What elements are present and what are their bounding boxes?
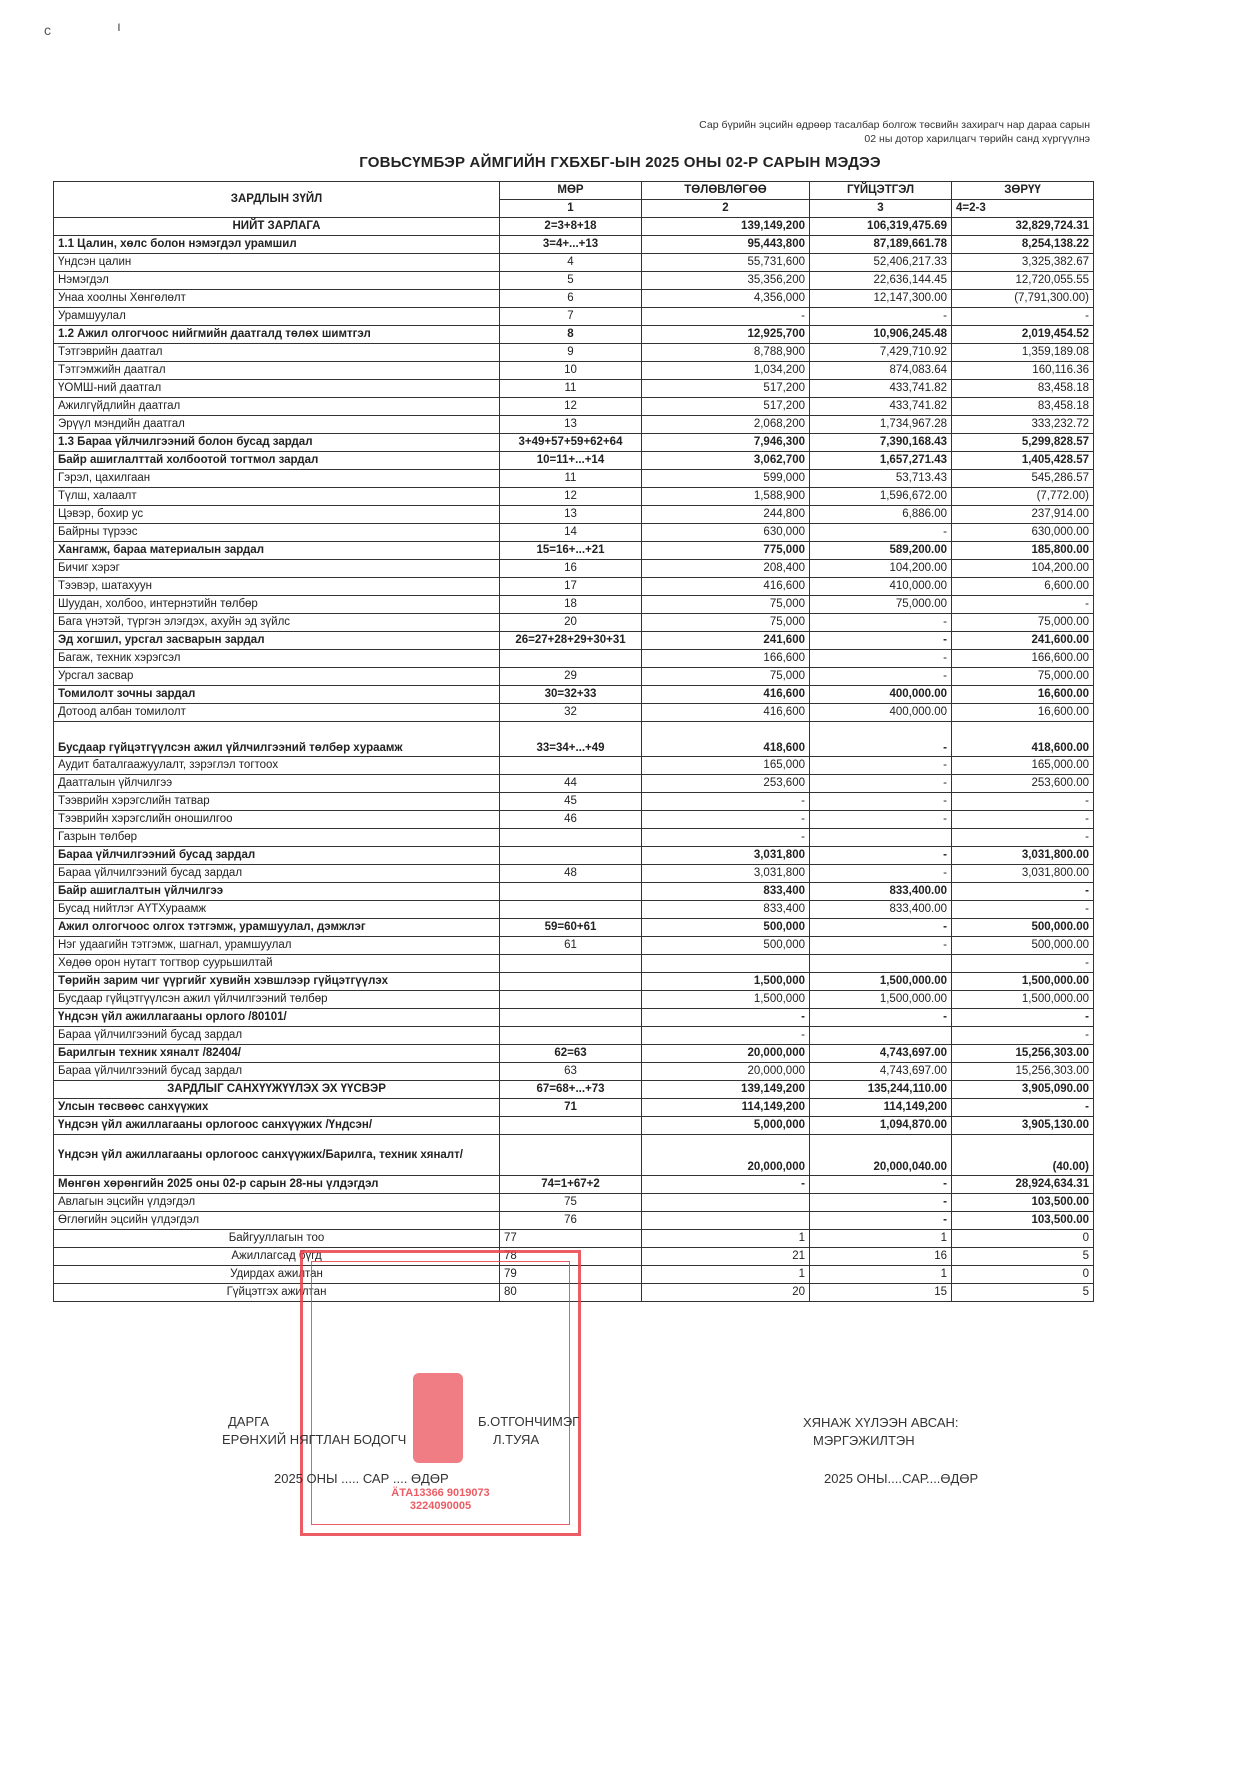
table-row: Эрүүл мэндийн даатгал132,068,2001,734,96… <box>54 416 1094 434</box>
row-plan <box>642 955 810 973</box>
row-code: 18 <box>500 596 642 614</box>
row-label: Урсгал засвар <box>54 668 500 686</box>
row-actual: 410,000.00 <box>810 578 952 596</box>
row-code <box>500 650 642 668</box>
signature-role-accountant: ЕРӨНХИЙ НЯГТЛАН БОДОГЧ <box>222 1431 406 1448</box>
row-code: 6 <box>500 290 642 308</box>
signature-name-accountant: Л.ТУЯА <box>493 1431 539 1448</box>
row-label: Тээвэр, шатахуун <box>54 578 500 596</box>
row-diff: 237,914.00 <box>952 506 1094 524</box>
table-row: Дотоод албан томилолт32416,600400,000.00… <box>54 704 1094 722</box>
row-label: Бусдаар гүйцэтгүүлсэн ажил үйлчилгээний … <box>54 991 500 1009</box>
table-row: Багаж, техник хэрэгсэл166,600-166,600.00 <box>54 650 1094 668</box>
table-row: Үндсэн үйл ажиллагааны орлого /80101/--- <box>54 1009 1094 1027</box>
table-row: Эд хогшил, урсгал засварын зардал26=27+2… <box>54 632 1094 650</box>
row-plan: 416,600 <box>642 686 810 704</box>
row-code: 9 <box>500 344 642 362</box>
subheader-plan: 2 <box>642 200 810 218</box>
row-label: Бараа үйлчилгээний бусад зардал <box>54 847 500 865</box>
row-diff: 500,000.00 <box>952 919 1094 937</box>
signature-name-director: Б.ОТГОНЧИМЭГ <box>478 1413 579 1430</box>
row-actual <box>810 955 952 973</box>
table-row: Хангамж, бараа материалын зардал15=16+..… <box>54 542 1094 560</box>
table-row: Тэтгэврийн даатгал98,788,9007,429,710.92… <box>54 344 1094 362</box>
row-diff: 104,200.00 <box>952 560 1094 578</box>
row-diff: 16,600.00 <box>952 704 1094 722</box>
row-plan: 775,000 <box>642 542 810 560</box>
row-label: Эд хогшил, урсгал засварын зардал <box>54 632 500 650</box>
row-plan: 165,000 <box>642 757 810 775</box>
row-diff: - <box>952 883 1094 901</box>
row-actual: - <box>810 919 952 937</box>
table-row: Байр ашиглалтын үйлчилгээ833,400833,400.… <box>54 883 1094 901</box>
row-code: 7 <box>500 308 642 326</box>
row-code: 44 <box>500 775 642 793</box>
table-row: Бусдаар гүйцэтгүүлсэн ажил үйлчилгээний … <box>54 991 1094 1009</box>
row-label: Даатгалын үйлчилгээ <box>54 775 500 793</box>
row-plan: - <box>642 1009 810 1027</box>
row-diff: 103,500.00 <box>952 1194 1094 1212</box>
row-code <box>500 829 642 847</box>
row-code: 13 <box>500 416 642 434</box>
row-diff: 1,500,000.00 <box>952 973 1094 991</box>
row-diff: 3,031,800.00 <box>952 847 1094 865</box>
submission-note-line1: Сар бүрийн эцсийн өдрөөр тасалбар болгож… <box>699 118 1090 132</box>
row-label: Цэвэр, бохир ус <box>54 506 500 524</box>
row-actual: 114,149,200 <box>810 1099 952 1117</box>
header-diff: ЗӨРҮҮ <box>952 182 1094 200</box>
table-row: Байр ашиглалттай холбоотой тогтмол зарда… <box>54 452 1094 470</box>
row-diff: 75,000.00 <box>952 614 1094 632</box>
row-code: 29 <box>500 668 642 686</box>
row-label: Томилолт зочны зардал <box>54 686 500 704</box>
row-actual: - <box>810 668 952 686</box>
row-label: Мөнгөн хөрөнгийн 2025 оны 02-р сарын 28-… <box>54 1176 500 1194</box>
row-code: 15=16+...+21 <box>500 542 642 560</box>
row-plan: 114,149,200 <box>642 1099 810 1117</box>
row-code: 77 <box>500 1230 642 1248</box>
row-actual: 1 <box>810 1230 952 1248</box>
expense-report-table: ЗАРДЛЫН ЗҮЙЛ МӨР ТӨЛӨВЛӨГӨӨ ГҮЙЦЭТГЭЛ ЗӨ… <box>53 181 1094 1302</box>
row-diff: 15,256,303.00 <box>952 1063 1094 1081</box>
table-row: Нэг удаагийн тэтгэмж, шагнал, урамшуулал… <box>54 937 1094 955</box>
table-row: Бага үнэтэй, түргэн элэгдэх, ахуйн эд зү… <box>54 614 1094 632</box>
row-plan: 1 <box>642 1266 810 1284</box>
row-plan: 20,000,000 <box>642 1135 810 1176</box>
row-plan: 244,800 <box>642 506 810 524</box>
row-label: Бусад нийтлэг АҮТХураамж <box>54 901 500 919</box>
row-diff: 253,600.00 <box>952 775 1094 793</box>
row-label: Тээврийн хэрэгслийн оношилгоо <box>54 811 500 829</box>
table-row: Бараа үйлчилгээний бусад зардал-- <box>54 1027 1094 1045</box>
row-label: Бичиг хэрэг <box>54 560 500 578</box>
row-diff: - <box>952 793 1094 811</box>
row-plan: 20,000,000 <box>642 1045 810 1063</box>
row-code: 63 <box>500 1063 642 1081</box>
row-actual: 400,000.00 <box>810 704 952 722</box>
row-plan: 500,000 <box>642 919 810 937</box>
row-code: 4 <box>500 254 642 272</box>
row-code: 62=63 <box>500 1045 642 1063</box>
table-row: 1.1 Цалин, хөлс болон нэмэгдэл урамшил3=… <box>54 236 1094 254</box>
soyombo-emblem-icon <box>413 1373 463 1463</box>
row-plan: - <box>642 1027 810 1045</box>
row-plan: 3,062,700 <box>642 452 810 470</box>
row-label: Тэтгэмжийн даатгал <box>54 362 500 380</box>
row-diff: 15,256,303.00 <box>952 1045 1094 1063</box>
table-row: Бараа үйлчилгээний бусад зардал483,031,8… <box>54 865 1094 883</box>
stamp-code-line2: 3224090005 <box>303 1500 578 1513</box>
row-code: 16 <box>500 560 642 578</box>
row-diff: 160,116.36 <box>952 362 1094 380</box>
row-plan: 241,600 <box>642 632 810 650</box>
table-row: Барилгын техник хяналт /82404/62=6320,00… <box>54 1045 1094 1063</box>
header-actual: ГҮЙЦЭТГЭЛ <box>810 182 952 200</box>
row-actual: 22,636,144.45 <box>810 272 952 290</box>
table-row: Төрийн зарим чиг үүргийг хувийн хэвшлээр… <box>54 973 1094 991</box>
row-label: Үндсэн үйл ажиллагааны орлогоос санхүүжи… <box>54 1135 500 1176</box>
row-actual: 7,429,710.92 <box>810 344 952 362</box>
row-actual <box>810 1027 952 1045</box>
row-code: 76 <box>500 1212 642 1230</box>
row-diff: - <box>952 308 1094 326</box>
table-row: Үндсэн үйл ажиллагааны орлогоос санхүүжи… <box>54 1135 1094 1176</box>
row-diff: 241,600.00 <box>952 632 1094 650</box>
row-code: 74=1+67+2 <box>500 1176 642 1194</box>
row-code <box>500 901 642 919</box>
row-actual: 4,743,697.00 <box>810 1045 952 1063</box>
row-actual: - <box>810 722 952 757</box>
subheader-actual: 3 <box>810 200 952 218</box>
row-code: 48 <box>500 865 642 883</box>
table-row: Томилолт зочны зардал30=32+33416,600400,… <box>54 686 1094 704</box>
row-plan <box>642 1212 810 1230</box>
row-diff: - <box>952 1027 1094 1045</box>
row-plan: 139,149,200 <box>642 1081 810 1099</box>
row-label: Хангамж, бараа материалын зардал <box>54 542 500 560</box>
row-label: 1.2 Ажил олгогчоос нийгмийн даатгалд төл… <box>54 326 500 344</box>
row-actual: 1,094,870.00 <box>810 1117 952 1135</box>
row-actual: 1,500,000.00 <box>810 973 952 991</box>
row-diff: (7,772.00) <box>952 488 1094 506</box>
row-actual <box>810 829 952 847</box>
row-actual: - <box>810 524 952 542</box>
row-label: 1.3 Бараа үйлчилгээний болон бусад зарда… <box>54 434 500 452</box>
row-label: Аудит баталгаажуулалт, зэрэглэл тогтоох <box>54 757 500 775</box>
row-code <box>500 757 642 775</box>
row-label: Үндсэн цалин <box>54 254 500 272</box>
row-plan: 75,000 <box>642 668 810 686</box>
row-plan: 55,731,600 <box>642 254 810 272</box>
row-plan: 75,000 <box>642 614 810 632</box>
row-diff: - <box>952 901 1094 919</box>
row-plan: 1,034,200 <box>642 362 810 380</box>
row-plan: 3,031,800 <box>642 847 810 865</box>
row-actual: 433,741.82 <box>810 380 952 398</box>
row-plan: 21 <box>642 1248 810 1266</box>
table-row: Бараа үйлчилгээний бусад зардал6320,000,… <box>54 1063 1094 1081</box>
row-code: 13 <box>500 506 642 524</box>
row-code <box>500 973 642 991</box>
row-plan: 517,200 <box>642 398 810 416</box>
row-code <box>500 955 642 973</box>
table-row: Түлш, халаалт121,588,9001,596,672.00(7,7… <box>54 488 1094 506</box>
scan-artifact: c <box>44 22 51 38</box>
report-title: ГОВЬСҮМБЭР АЙМГИЙН ГХБХБГ-ЫН 2025 ОНЫ 02… <box>0 154 1240 171</box>
table-row: ЗАРДЛЫГ САНХҮҮЖҮҮЛЭХ ЭХ ҮҮСВЭР67=68+...+… <box>54 1081 1094 1099</box>
row-diff: - <box>952 596 1094 614</box>
row-plan: 599,000 <box>642 470 810 488</box>
table-row: Даатгалын үйлчилгээ44253,600-253,600.00 <box>54 775 1094 793</box>
row-label: Байр ашиглалтын үйлчилгээ <box>54 883 500 901</box>
row-code: 30=32+33 <box>500 686 642 704</box>
row-label: Бараа үйлчилгээний бусад зардал <box>54 1063 500 1081</box>
row-label: Ажил олгогчоос олгох тэтгэмж, урамшуулал… <box>54 919 500 937</box>
row-actual: 12,147,300.00 <box>810 290 952 308</box>
row-diff: - <box>952 811 1094 829</box>
table-row: 1.2 Ажил олгогчоос нийгмийн даатгалд төл… <box>54 326 1094 344</box>
row-label: Өглөгийн эцсийн үлдэгдэл <box>54 1212 500 1230</box>
row-code: 3=4+...+13 <box>500 236 642 254</box>
row-label: Дотоод албан томилолт <box>54 704 500 722</box>
row-label: Хөдөө орон нутагт тогтвор суурьшилтай <box>54 955 500 973</box>
row-code: 12 <box>500 488 642 506</box>
row-code: 61 <box>500 937 642 955</box>
row-plan: 208,400 <box>642 560 810 578</box>
row-diff: 103,500.00 <box>952 1212 1094 1230</box>
row-code: 11 <box>500 380 642 398</box>
row-code: 32 <box>500 704 642 722</box>
row-actual: 1,500,000.00 <box>810 991 952 1009</box>
row-actual: - <box>810 757 952 775</box>
row-label: Ажилгүйдлийн даатгал <box>54 398 500 416</box>
row-code: 59=60+61 <box>500 919 642 937</box>
row-actual: - <box>810 1194 952 1212</box>
row-actual: 16 <box>810 1248 952 1266</box>
row-label: Нэг удаагийн тэтгэмж, шагнал, урамшуулал <box>54 937 500 955</box>
row-code <box>500 1027 642 1045</box>
row-diff: 12,720,055.55 <box>952 272 1094 290</box>
row-actual: 1 <box>810 1266 952 1284</box>
subheader-row: 1 <box>500 200 642 218</box>
table-row: Ажилгүйдлийн даатгал12517,200433,741.828… <box>54 398 1094 416</box>
row-plan: 2,068,200 <box>642 416 810 434</box>
row-code <box>500 883 642 901</box>
row-diff: 2,019,454.52 <box>952 326 1094 344</box>
row-plan: 418,600 <box>642 722 810 757</box>
row-plan <box>642 1194 810 1212</box>
row-diff: 8,254,138.22 <box>952 236 1094 254</box>
row-code <box>500 847 642 865</box>
subheader-diff: 4=2-3 <box>952 200 1094 218</box>
row-plan: 8,788,900 <box>642 344 810 362</box>
row-plan: 5,000,000 <box>642 1117 810 1135</box>
table-row: Ажил олгогчоос олгох тэтгэмж, урамшуулал… <box>54 919 1094 937</box>
table-row: Байгууллагын тоо77110 <box>54 1230 1094 1248</box>
table-row: ҮОМШ-ний даатгал11517,200433,741.8283,45… <box>54 380 1094 398</box>
row-actual: 833,400.00 <box>810 883 952 901</box>
table-row: Нэмэгдэл535,356,20022,636,144.4512,720,0… <box>54 272 1094 290</box>
row-plan: - <box>642 829 810 847</box>
row-actual: - <box>810 308 952 326</box>
table-row: Урамшуулал7--- <box>54 308 1094 326</box>
row-code: 12 <box>500 398 642 416</box>
row-actual: 589,200.00 <box>810 542 952 560</box>
row-diff: 630,000.00 <box>952 524 1094 542</box>
row-code: 67=68+...+73 <box>500 1081 642 1099</box>
table-row: Үндсэн цалин455,731,60052,406,217.333,32… <box>54 254 1094 272</box>
row-diff: 83,458.18 <box>952 398 1094 416</box>
row-code <box>500 1117 642 1135</box>
table-row: Урсгал засвар2975,000-75,000.00 <box>54 668 1094 686</box>
row-diff: 166,600.00 <box>952 650 1094 668</box>
row-code: 8 <box>500 326 642 344</box>
row-code: 11 <box>500 470 642 488</box>
row-plan: 35,356,200 <box>642 272 810 290</box>
row-diff: 1,405,428.57 <box>952 452 1094 470</box>
row-plan: 833,400 <box>642 883 810 901</box>
signature-date-right: 2025 ОНЫ....САР....ӨДӨР <box>824 1470 978 1487</box>
row-label: Тэтгэврийн даатгал <box>54 344 500 362</box>
row-actual: - <box>810 811 952 829</box>
row-actual: - <box>810 614 952 632</box>
row-code: 46 <box>500 811 642 829</box>
row-actual: - <box>810 1212 952 1230</box>
row-plan: 75,000 <box>642 596 810 614</box>
row-diff: 418,600.00 <box>952 722 1094 757</box>
row-diff: 32,829,724.31 <box>952 218 1094 236</box>
stamp-code-line1: ÄТА13366 9019073 <box>303 1487 578 1500</box>
row-actual: - <box>810 847 952 865</box>
header-plan: ТӨЛӨВЛӨГӨӨ <box>642 182 810 200</box>
table-row: Гэрэл, цахилгаан11599,00053,713.43545,28… <box>54 470 1094 488</box>
row-diff: - <box>952 829 1094 847</box>
row-label: Бараа үйлчилгээний бусад зардал <box>54 1027 500 1045</box>
table-row: Улсын төсвөөс санхүүжих71114,149,200114,… <box>54 1099 1094 1117</box>
row-plan: 20,000,000 <box>642 1063 810 1081</box>
row-actual: 1,596,672.00 <box>810 488 952 506</box>
row-diff: 5 <box>952 1248 1094 1266</box>
row-actual: - <box>810 1176 952 1194</box>
table-row: Тээврийн хэрэгслийн татвар45--- <box>54 793 1094 811</box>
table-row: Бусдаар гүйцэтгүүлсэн ажил үйлчилгээний … <box>54 722 1094 757</box>
signature-date-left: 2025 ОНЫ ..... САР .... ӨДӨР <box>274 1470 449 1487</box>
table-row: Мөнгөн хөрөнгийн 2025 оны 02-р сарын 28-… <box>54 1176 1094 1194</box>
row-plan: 4,356,000 <box>642 290 810 308</box>
row-actual: 833,400.00 <box>810 901 952 919</box>
row-code: 10=11+...+14 <box>500 452 642 470</box>
row-actual: - <box>810 793 952 811</box>
table-body: НИЙТ ЗАРЛАГА2=3+8+18139,149,200106,319,4… <box>54 218 1094 1302</box>
row-plan: 630,000 <box>642 524 810 542</box>
row-plan: - <box>642 308 810 326</box>
official-stamp: ÄТА13366 9019073 3224090005 <box>300 1250 581 1536</box>
row-diff: 16,600.00 <box>952 686 1094 704</box>
row-actual: 400,000.00 <box>810 686 952 704</box>
row-code: 26=27+28+29+30+31 <box>500 632 642 650</box>
row-plan: 12,925,700 <box>642 326 810 344</box>
reviewer-role: МЭРГЭЖИЛТЭН <box>813 1432 915 1449</box>
row-diff: - <box>952 1009 1094 1027</box>
row-diff: 28,924,634.31 <box>952 1176 1094 1194</box>
row-actual: 874,083.64 <box>810 362 952 380</box>
row-plan: 253,600 <box>642 775 810 793</box>
row-label: Авлагын эцсийн үлдэгдэл <box>54 1194 500 1212</box>
row-actual: 53,713.43 <box>810 470 952 488</box>
row-plan: 1,500,000 <box>642 991 810 1009</box>
row-label: Унаа хоолны Хөнгөлөлт <box>54 290 500 308</box>
row-diff: 1,359,189.08 <box>952 344 1094 362</box>
row-label: Эрүүл мэндийн даатгал <box>54 416 500 434</box>
row-code <box>500 991 642 1009</box>
row-label: Бага үнэтэй, түргэн элэгдэх, ахуйн эд зү… <box>54 614 500 632</box>
row-plan: 833,400 <box>642 901 810 919</box>
row-label: Төрийн зарим чиг үүргийг хувийн хэвшлээр… <box>54 973 500 991</box>
row-actual: 87,189,661.78 <box>810 236 952 254</box>
table-row: Газрын төлбөр-- <box>54 829 1094 847</box>
row-code: 2=3+8+18 <box>500 218 642 236</box>
row-plan: - <box>642 793 810 811</box>
row-plan: 500,000 <box>642 937 810 955</box>
row-code: 17 <box>500 578 642 596</box>
row-diff: 545,286.57 <box>952 470 1094 488</box>
row-actual: 135,244,110.00 <box>810 1081 952 1099</box>
row-diff: 3,905,130.00 <box>952 1117 1094 1135</box>
row-label: Түлш, халаалт <box>54 488 500 506</box>
row-label: Үндсэн үйл ажиллагааны орлого /80101/ <box>54 1009 500 1027</box>
row-label: Урамшуулал <box>54 308 500 326</box>
row-actual: 4,743,697.00 <box>810 1063 952 1081</box>
row-label: Багаж, техник хэрэгсэл <box>54 650 500 668</box>
table-row: Цэвэр, бохир ус13244,8006,886.00237,914.… <box>54 506 1094 524</box>
row-plan: 1 <box>642 1230 810 1248</box>
row-diff: (7,791,300.00) <box>952 290 1094 308</box>
row-plan: 139,149,200 <box>642 218 810 236</box>
row-label: Нэмэгдэл <box>54 272 500 290</box>
row-actual: 20,000,040.00 <box>810 1135 952 1176</box>
row-diff: 165,000.00 <box>952 757 1094 775</box>
row-label: Байрны түрээс <box>54 524 500 542</box>
row-diff: 5,299,828.57 <box>952 434 1094 452</box>
row-label: НИЙТ ЗАРЛАГА <box>54 218 500 236</box>
row-diff: 0 <box>952 1230 1094 1248</box>
row-code: 10 <box>500 362 642 380</box>
row-diff: 185,800.00 <box>952 542 1094 560</box>
row-label: Газрын төлбөр <box>54 829 500 847</box>
row-plan: 20 <box>642 1284 810 1302</box>
row-diff: - <box>952 1099 1094 1117</box>
row-plan: 517,200 <box>642 380 810 398</box>
row-label: Барилгын техник хяналт /82404/ <box>54 1045 500 1063</box>
row-actual: - <box>810 650 952 668</box>
row-plan: - <box>642 811 810 829</box>
row-actual: 6,886.00 <box>810 506 952 524</box>
row-actual: - <box>810 632 952 650</box>
row-code: 5 <box>500 272 642 290</box>
row-diff: 6,600.00 <box>952 578 1094 596</box>
submission-note: Сар бүрийн эцсийн өдрөөр тасалбар болгож… <box>699 118 1090 146</box>
stamp-code: ÄТА13366 9019073 3224090005 <box>303 1487 578 1513</box>
row-code: 33=34+...+49 <box>500 722 642 757</box>
row-actual: 433,741.82 <box>810 398 952 416</box>
row-code: 71 <box>500 1099 642 1117</box>
row-diff: - <box>952 955 1094 973</box>
row-diff: 3,325,382.67 <box>952 254 1094 272</box>
table-row: Унаа хоолны Хөнгөлөлт64,356,00012,147,30… <box>54 290 1094 308</box>
row-actual: 10,906,245.48 <box>810 326 952 344</box>
row-label: Үндсэн үйл ажиллагааны орлогоос санхүүжи… <box>54 1117 500 1135</box>
row-actual: - <box>810 937 952 955</box>
